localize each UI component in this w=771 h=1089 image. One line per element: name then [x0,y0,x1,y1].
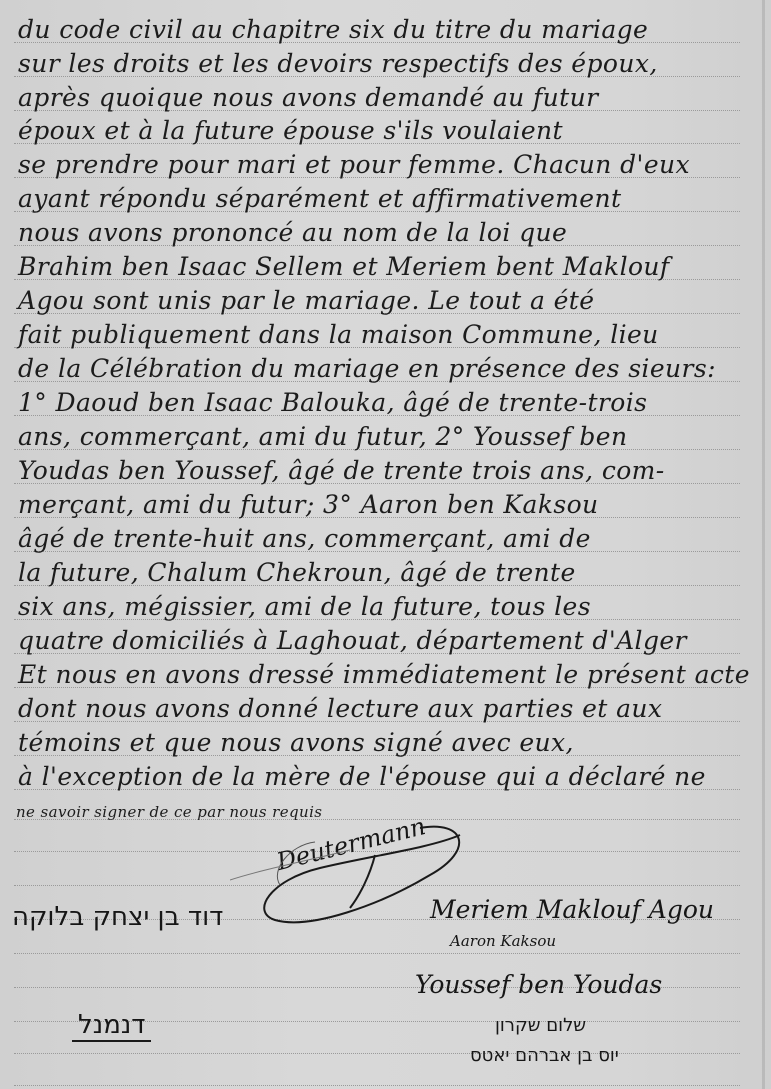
ruled-line [14,953,740,954]
hebrew-signature-left: דוד בן יצחק בלוקה [12,902,223,932]
hebrew-signature-right-1: שלום שקרון [495,1015,586,1036]
body-line: 1° Daoud ben Isaac Balouka, âgé de trent… [18,389,758,417]
body-line: six ans, mégissier, ami de la future, to… [18,593,758,621]
ruled-line [14,1085,740,1086]
body-line: du code civil au chapitre six du titre d… [18,16,758,44]
body-line: quatre domiciliés à Laghouat, départemen… [18,627,758,655]
hebrew-signature-right-2: יוס בן אברהם יאטס [470,1045,619,1066]
body-line: ayant répondu séparément et affirmativem… [18,185,758,213]
body-line: Agou sont unis par le mariage. Le tout a… [18,287,758,315]
body-line: de la Célébration du mariage en présence… [18,355,758,383]
body-line: nous avons prononcé au nom de la loi que [18,219,758,247]
page-edge [762,0,765,1089]
bride-signature: Meriem Maklouf Agou [430,895,714,924]
witness-aaron-signature: Aaron Kaksou [450,932,556,950]
body-line: ans, commerçant, ami du futur, 2° Yousse… [18,423,758,451]
body-line: Youdas ben Youssef, âgé de trente trois … [18,457,758,485]
body-line: âgé de trente-huit ans, commerçant, ami … [18,525,758,553]
body-line: Et nous en avons dressé immédiatement le… [18,661,758,689]
body-line: après quoique nous avons demandé au futu… [18,84,758,112]
body-line: la future, Chalum Chekroun, âgé de trent… [18,559,758,587]
body-line: se prendre pour mari et pour femme. Chac… [18,151,758,179]
body-line: époux et à la future épouse s'ils voulai… [18,117,758,145]
body-line: sur les droits et les devoirs respectifs… [18,50,758,78]
body-line: témoins et que nous avons signé avec eux… [18,729,758,757]
body-line: fait publiquement dans la maison Commune… [18,321,758,349]
body-line: merçant, ami du futur; 3° Aaron ben Kaks… [18,491,758,519]
ruled-line [14,1053,740,1054]
body-line: dont nous avons donné lecture aux partie… [18,695,758,723]
body-line: Brahim ben Isaac Sellem et Meriem bent M… [18,253,758,281]
document-page: du code civil au chapitre six du titre d… [0,0,771,1089]
body-line: à l'exception de la mère de l'épouse qui… [18,763,758,791]
hebrew-mark-signature: דנמנל [72,1010,151,1042]
witness-youssef-signature: Youssef ben Youdas [415,970,662,999]
